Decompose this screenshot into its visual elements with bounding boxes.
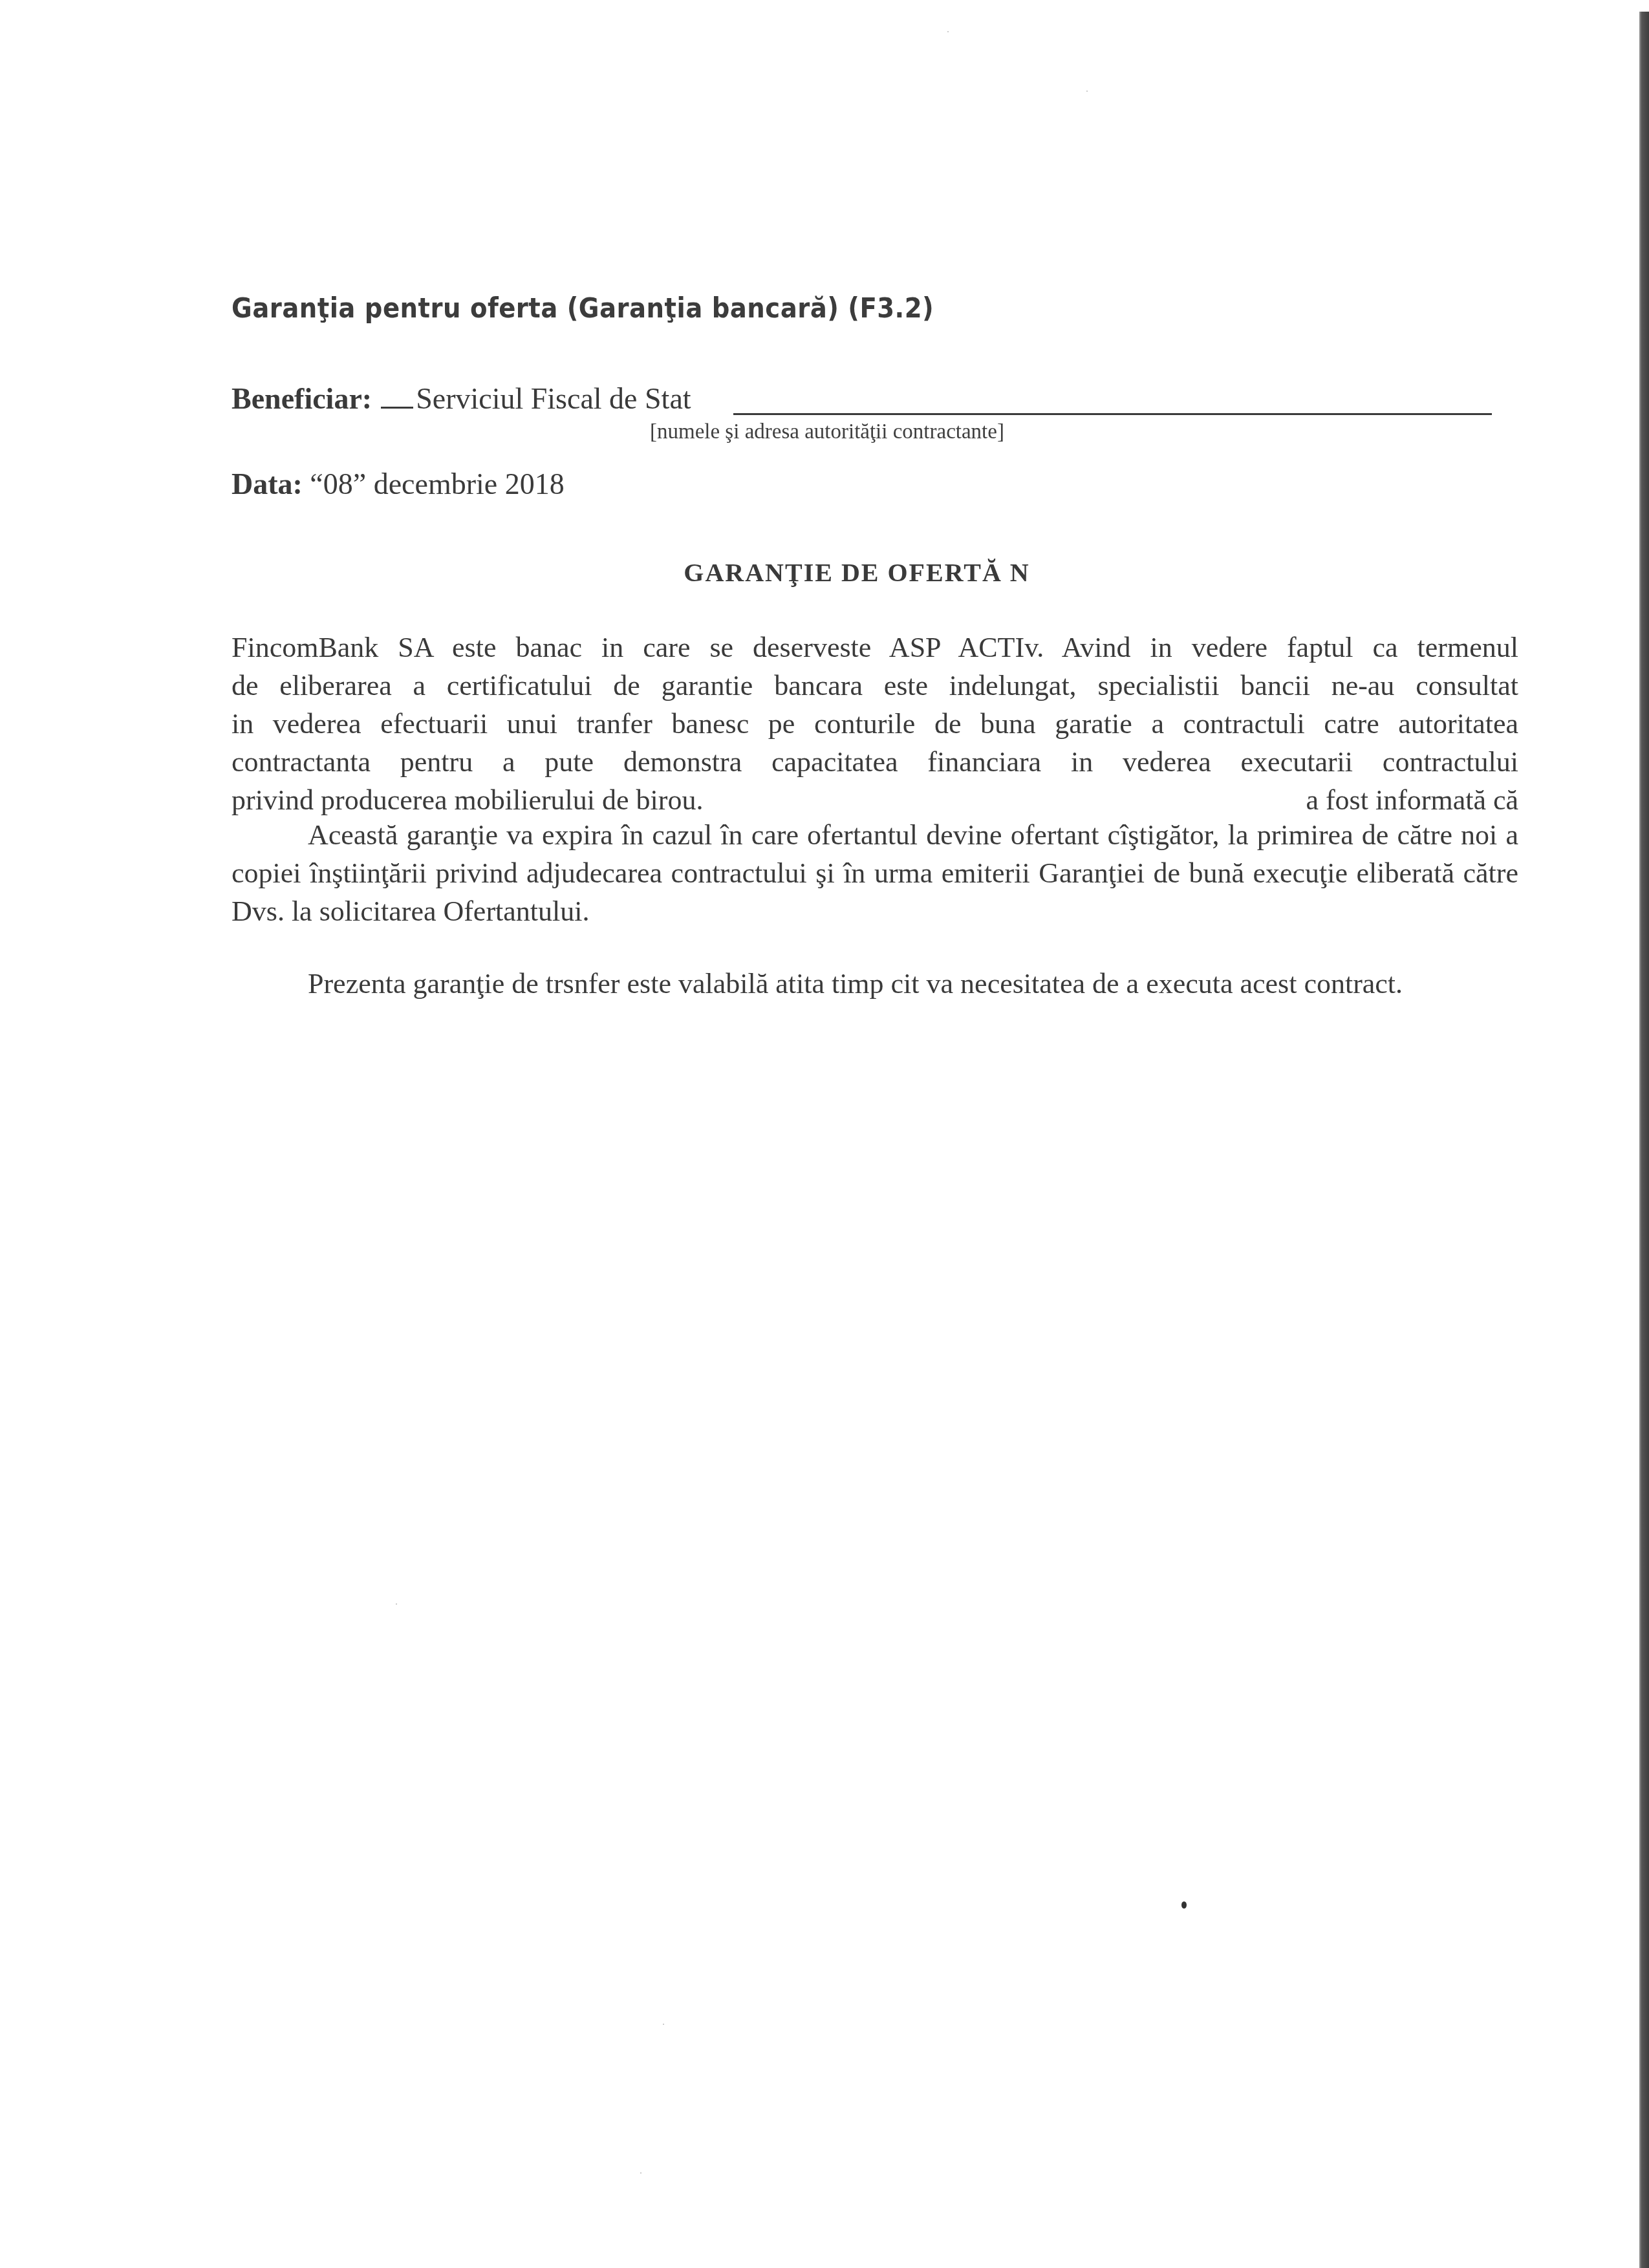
paragraph-1-line: FincomBank SA este banac in care se dese…: [232, 628, 1518, 667]
paragraph-1-line: contractanta pentru a pute demonstra cap…: [232, 743, 1518, 781]
document-title: GARANŢIE DE OFERTĂ N: [0, 557, 1649, 588]
beneficiary-blank: [381, 401, 413, 409]
date-value: “08” decembrie 2018: [310, 467, 564, 500]
scan-speck: [1086, 91, 1088, 92]
beneficiary-underline: [733, 413, 1492, 415]
beneficiary-hint: [numele şi adresa autorităţii contractan…: [650, 420, 1004, 444]
paragraph-1-line: in vederea efectuarii unui tranfer banes…: [232, 705, 1518, 743]
paragraph-1-last-right: a fost informată că: [1306, 781, 1518, 819]
form-heading: Garanţia pentru oferta (Garanţia bancară…: [232, 292, 934, 324]
scan-speck: [947, 31, 949, 32]
scan-speck: [663, 2024, 664, 2025]
beneficiary-row: Beneficiar:Serviciul Fiscal de Stat: [232, 381, 691, 416]
paragraph-1-line: de eliberarea a certificatului de garant…: [232, 667, 1518, 705]
beneficiary-label: Beneficiar:: [232, 382, 372, 415]
paragraph-2: Această garanţie va expira în cazul în c…: [232, 816, 1518, 930]
paragraph-1-last-left: privind producerea mobilierului de birou…: [232, 781, 703, 819]
ink-dot: [1181, 1901, 1187, 1909]
scan-edge-border: [1639, 12, 1649, 2268]
paragraph-3: Prezenta garanţie de trsnfer este valabi…: [232, 965, 1518, 1003]
paragraph-1-last-line: privind producerea mobilierului de birou…: [232, 781, 1518, 819]
scan-speck: [396, 1603, 397, 1605]
paragraph-1: FincomBank SA este banac in care se dese…: [232, 628, 1518, 819]
date-label: Data:: [232, 467, 303, 500]
date-row: Data: “08” decembrie 2018: [232, 467, 565, 501]
beneficiary-value: Serviciul Fiscal de Stat: [416, 382, 691, 415]
scan-speck: [640, 2172, 641, 2174]
